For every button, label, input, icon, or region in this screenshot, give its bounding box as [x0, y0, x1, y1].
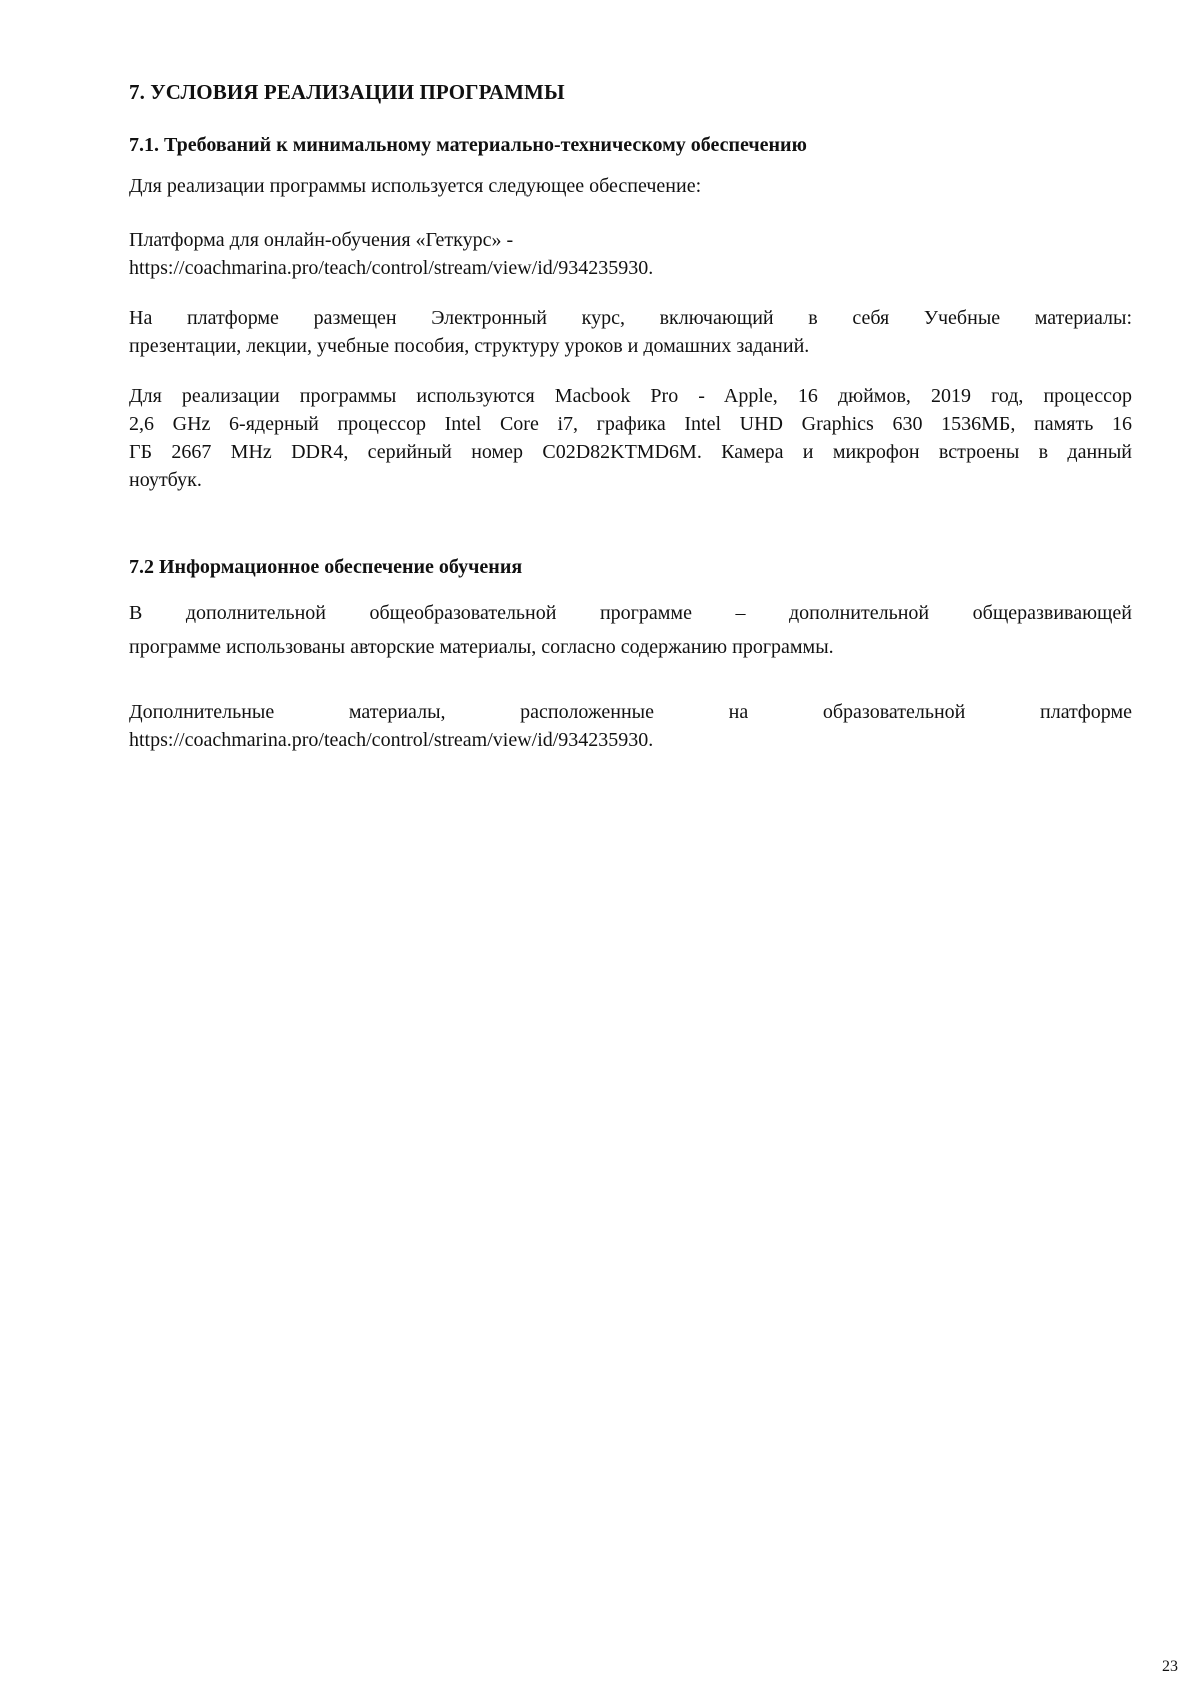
hardware-line-1: Для реализации программы используются Ma…: [129, 382, 1132, 410]
paragraph-intro: Для реализации программы используется сл…: [129, 172, 1132, 200]
subsection-title-7-2: 7.2 Информационное обеспечение обучения: [129, 556, 522, 579]
platform-url[interactable]: https://coachmarina.pro/teach/control/st…: [129, 254, 1132, 282]
materials-line-1: В дополнительной общеобразовательной про…: [129, 596, 1132, 630]
section-title: 7. УСЛОВИЯ РЕАЛИЗАЦИИ ПРОГРАММЫ: [129, 80, 565, 105]
page-number: 23: [1162, 1658, 1178, 1676]
subsection-title-7-1: 7.1. Требований к минимальному материаль…: [129, 134, 807, 157]
paragraph-additional: Дополнительные материалы, расположенные …: [129, 698, 1132, 754]
hardware-line-4: ноутбук.: [129, 466, 1132, 494]
additional-url[interactable]: https://coachmarina.pro/teach/control/st…: [129, 726, 1132, 754]
hardware-line-3: ГБ 2667 MHz DDR4, серийный номер C02D82K…: [129, 438, 1132, 466]
hardware-line-2: 2,6 GHz 6-ядерный процессор Intel Core i…: [129, 410, 1132, 438]
paragraph-course: На платформе размещен Электронный курс, …: [129, 304, 1132, 360]
materials-line-2: программе использованы авторские материа…: [129, 630, 1132, 664]
additional-line-1: Дополнительные материалы, расположенные …: [129, 698, 1132, 726]
paragraph-hardware: Для реализации программы используются Ma…: [129, 382, 1132, 494]
paragraph-materials: В дополнительной общеобразовательной про…: [129, 596, 1132, 664]
platform-name: Платформа для онлайн-обучения «Геткурс» …: [129, 226, 1132, 254]
paragraph-platform: Платформа для онлайн-обучения «Геткурс» …: [129, 226, 1132, 282]
paragraph-intro-text: Для реализации программы используется сл…: [129, 172, 1132, 200]
course-line-2: презентации, лекции, учебные пособия, ст…: [129, 332, 1132, 360]
course-line-1: На платформе размещен Электронный курс, …: [129, 304, 1132, 332]
